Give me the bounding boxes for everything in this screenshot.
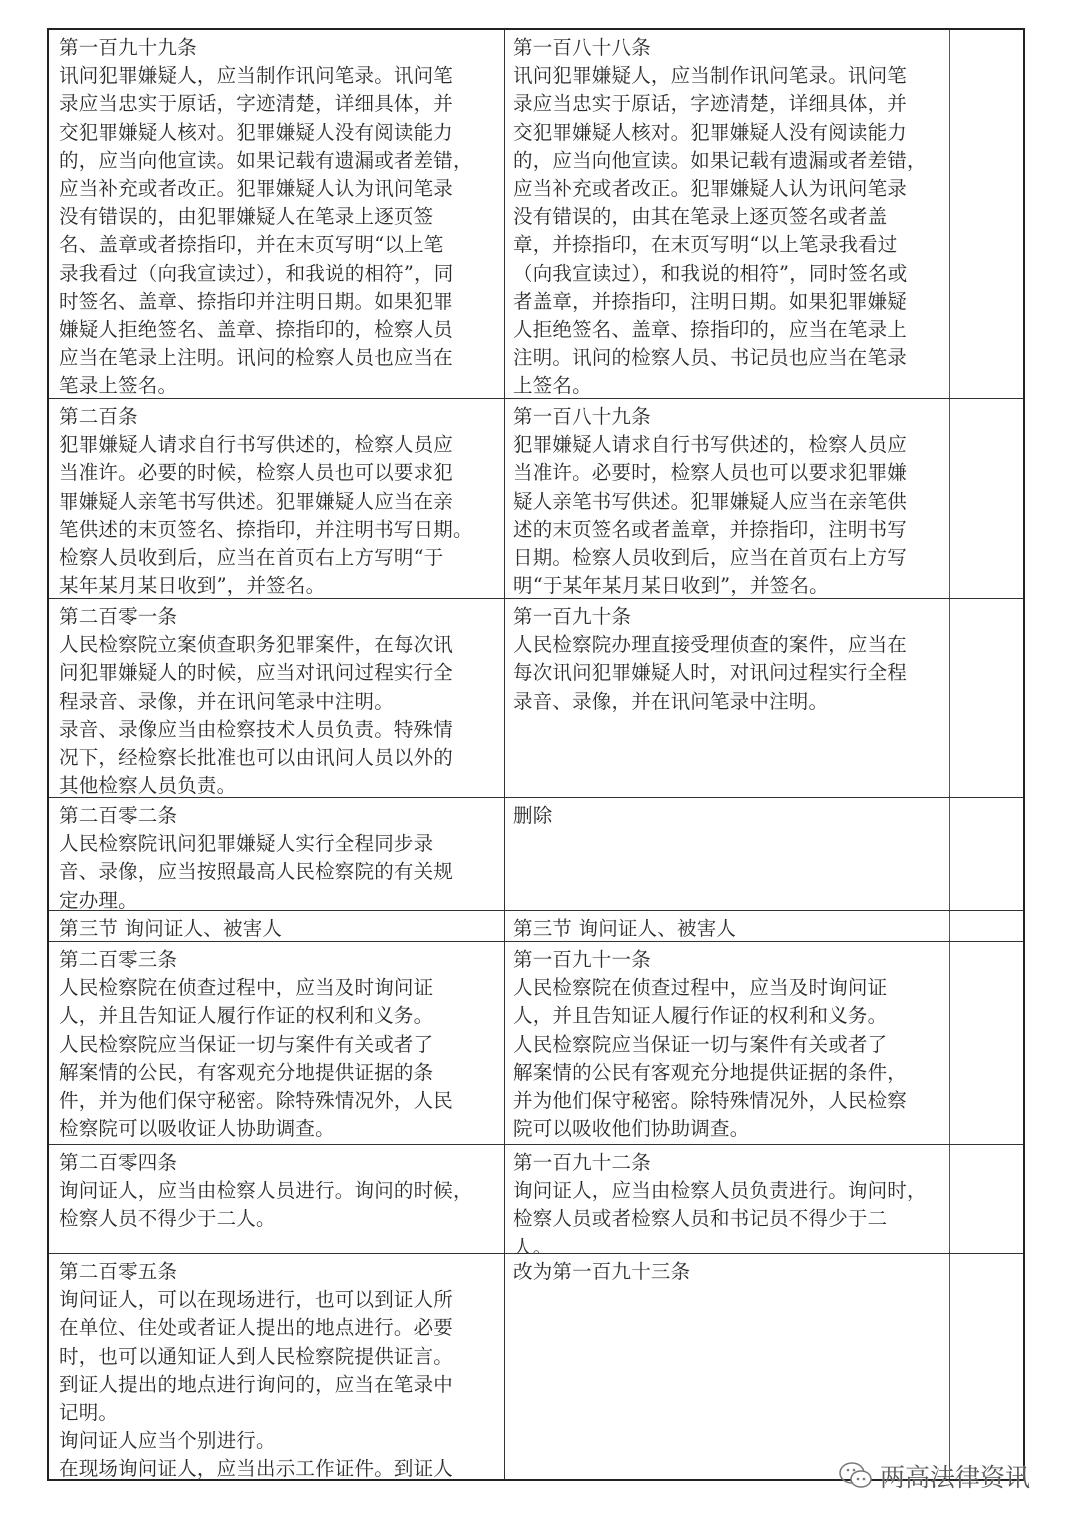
current-article-cell: 第二百零二条人民检察院讯问犯罪嫌疑人实行全程同步录音、录像，应当按照最高人民检察… bbox=[49, 798, 505, 910]
article-heading: 第一百九十二条 bbox=[513, 1149, 939, 1177]
article-text-line: 应当在笔录上注明。讯问的检察人员也应当在 bbox=[59, 344, 494, 372]
watermark-text: 两高法律资讯 bbox=[880, 1458, 1030, 1494]
article-text-line: 询问证人，应当由检察人员负责进行。询问时， bbox=[513, 1177, 939, 1205]
article-text-line: 日期。检察人员收到后，应当在首页右上方写 bbox=[513, 544, 939, 572]
table-row: 第二百条犯罪嫌疑人请求自行书写供述的，检察人员应当准许。必要的时候，检察人员也可… bbox=[49, 398, 1023, 598]
current-article-cell: 第二百零一条人民检察院立案侦查职务犯罪案件，在每次讯问犯罪嫌疑人的时候，应当对讯… bbox=[49, 599, 505, 797]
article-text-line: （向我宣读过），和我说的相符”，同时签名或 bbox=[513, 260, 939, 288]
article-text-line: 人民检察院在侦查过程中，应当及时询问证 bbox=[59, 974, 494, 1002]
article-text-line: 时签名、盖章、捺指印并注明日期。如果犯罪 bbox=[59, 288, 494, 316]
article-text-line: 录应当忠实于原话，字迹清楚，详细具体，并 bbox=[513, 90, 939, 118]
revised-article-cell: 第一百八十八条讯问犯罪嫌疑人，应当制作讯问笔录。讯问笔录应当忠实于原话，字迹清楚… bbox=[505, 30, 950, 398]
article-text-line: 当准许。必要的时候，检察人员也可以要求犯 bbox=[59, 459, 494, 487]
article-text-line: 犯罪嫌疑人请求自行书写供述的，检察人员应 bbox=[59, 431, 494, 459]
article-text-line: 录我看过（向我宣读过），和我说的相符”，同 bbox=[59, 260, 494, 288]
article-text-line: 况下，经检察长批准也可以由讯问人员以外的 bbox=[59, 744, 494, 772]
article-text-line: 没有错误的，由其在笔录上逐页签名或者盖 bbox=[513, 203, 939, 231]
table-row: 第二百零一条人民检察院立案侦查职务犯罪案件，在每次讯问犯罪嫌疑人的时候，应当对讯… bbox=[49, 598, 1023, 797]
article-text-line: 到证人提出的地点进行询问的，应当在笔录中 bbox=[59, 1371, 494, 1399]
article-text-line: 定办理。 bbox=[59, 887, 494, 910]
article-text-line: 人民检察院在侦查过程中，应当及时询问证 bbox=[513, 974, 939, 1002]
article-text-line: 记明。 bbox=[59, 1399, 494, 1427]
article-text-line: 的，应当向他宣读。如果记载有遗漏或者差错， bbox=[59, 147, 494, 175]
article-text-line: 明“于某年某月某日收到”，并签名。 bbox=[513, 572, 939, 598]
article-text-line: 章，并捺指印，在末页写明“以上笔录我看过 bbox=[513, 231, 939, 259]
revised-article-cell: 第一百九十条人民检察院办理直接受理侦查的案件，应当在每次讯问犯罪嫌疑人时，对讯问… bbox=[505, 599, 950, 797]
table-row: 第二百零四条询问证人，应当由检察人员进行。询问的时候，检察人员不得少于二人。第一… bbox=[49, 1144, 1023, 1253]
article-text-line: 录应当忠实于原话，字迹清楚，详细具体，并 bbox=[59, 90, 494, 118]
article-text-line: 解案情的公民，有客观充分地提供证据的条 bbox=[59, 1059, 494, 1087]
article-text-line: 解案情的公民有客观充分地提供证据的条件， bbox=[513, 1059, 939, 1087]
article-text-line: 在现场询问证人，应当出示工作证件。到证人 bbox=[59, 1455, 494, 1479]
article-text-line: 人民检察院应当保证一切与案件有关或者了 bbox=[513, 1031, 939, 1059]
article-text-line: 询问证人，可以在现场进行，也可以到证人所 bbox=[59, 1286, 494, 1314]
notes-cell bbox=[950, 911, 1023, 941]
article-text-line: 人民检察院立案侦查职务犯罪案件，在每次讯 bbox=[59, 631, 494, 659]
table-row: 第二百零二条人民检察院讯问犯罪嫌疑人实行全程同步录音、录像，应当按照最高人民检察… bbox=[49, 797, 1023, 910]
table-row: 第三节 询问证人、被害人第三节 询问证人、被害人 bbox=[49, 910, 1023, 941]
current-article-cell: 第二百零三条人民检察院在侦查过程中，应当及时询问证人，并且告知证人履行作证的权利… bbox=[49, 942, 505, 1144]
article-text-line: 名、盖章或者捺指印，并在末页写明“以上笔 bbox=[59, 231, 494, 259]
article-text-line: 录音、录像应当由检察技术人员负责。特殊情 bbox=[59, 716, 494, 744]
revised-article-cell: 第一百八十九条犯罪嫌疑人请求自行书写供述的，检察人员应当准许。必要时，检察人员也… bbox=[505, 399, 950, 598]
article-text-line: 交犯罪嫌疑人核对。犯罪嫌疑人没有阅读能力 bbox=[59, 119, 494, 147]
article-text-line: 应当补充或者改正。犯罪嫌疑人认为讯问笔录 bbox=[59, 175, 494, 203]
notes-cell bbox=[950, 399, 1023, 598]
article-text-line: 某年某月某日收到”，并签名。 bbox=[59, 572, 494, 598]
article-text-line: 音、录像，应当按照最高人民检察院的有关规 bbox=[59, 858, 494, 886]
notes-cell bbox=[950, 942, 1023, 1144]
current-article-cell: 第三节 询问证人、被害人 bbox=[49, 911, 505, 941]
wechat-icon bbox=[838, 1461, 874, 1491]
notes-cell bbox=[950, 1254, 1023, 1479]
article-text-line: 人。 bbox=[513, 1234, 939, 1253]
watermark: 两高法律资讯 bbox=[838, 1458, 1030, 1494]
article-text-line: 件，并为他们保守秘密。除特殊情况外，人民 bbox=[59, 1087, 494, 1115]
revised-article-cell: 第一百九十二条询问证人，应当由检察人员负责进行。询问时，检察人员或者检察人员和书… bbox=[505, 1145, 950, 1253]
current-article-cell: 第二百条犯罪嫌疑人请求自行书写供述的，检察人员应当准许。必要的时候，检察人员也可… bbox=[49, 399, 505, 598]
article-text-line: 注明。讯问的检察人员、书记员也应当在笔录 bbox=[513, 344, 939, 372]
article-text-line: 罪嫌疑人亲笔书写供述。犯罪嫌疑人应当在亲 bbox=[59, 488, 494, 516]
article-text-line: 时，也可以通知证人到人民检察院提供证言。 bbox=[59, 1343, 494, 1371]
article-text-line: 检察人员不得少于二人。 bbox=[59, 1205, 494, 1233]
article-text-line: 并为他们保守秘密。除特殊情况外，人民检察 bbox=[513, 1087, 939, 1115]
article-text-line: 问犯罪嫌疑人的时候，应当对讯问过程实行全 bbox=[59, 659, 494, 687]
article-heading: 第一百八十九条 bbox=[513, 403, 939, 431]
article-text-line: 应当补充或者改正。犯罪嫌疑人认为讯问笔录 bbox=[513, 175, 939, 203]
article-heading: 第二百零三条 bbox=[59, 946, 494, 974]
article-text-line: 的，应当向他宣读。如果记载有遗漏或者差错， bbox=[513, 147, 939, 175]
article-heading: 第二百零五条 bbox=[59, 1258, 494, 1286]
article-heading: 第二百零四条 bbox=[59, 1149, 494, 1177]
article-text-line: 其他检察人员负责。 bbox=[59, 772, 494, 797]
article-text-line: 询问证人，应当由检察人员进行。询问的时候， bbox=[59, 1177, 494, 1205]
article-text-line: 院可以吸收他们协助调查。 bbox=[513, 1115, 939, 1143]
article-text-line: 录音、录像，并在讯问笔录中注明。 bbox=[513, 688, 939, 716]
article-heading: 第二百条 bbox=[59, 403, 494, 431]
article-text-line: 上签名。 bbox=[513, 372, 939, 398]
table-row: 第二百零三条人民检察院在侦查过程中，应当及时询问证人，并且告知证人履行作证的权利… bbox=[49, 941, 1023, 1144]
article-heading: 删除 bbox=[513, 802, 939, 830]
article-text-line: 人民检察院讯问犯罪嫌疑人实行全程同步录 bbox=[59, 830, 494, 858]
table-row: 第一百九十九条讯问犯罪嫌疑人，应当制作讯问笔录。讯问笔录应当忠实于原话，字迹清楚… bbox=[49, 30, 1023, 398]
article-text-line: 人，并且告知证人履行作证的权利和义务。 bbox=[513, 1002, 939, 1030]
table-row: 第二百零五条询问证人，可以在现场进行，也可以到证人所在单位、住处或者证人提出的地… bbox=[49, 1253, 1023, 1479]
article-text-line: 笔录上签名。 bbox=[59, 372, 494, 398]
article-text-line: 者盖章，并捺指印，注明日期。如果犯罪嫌疑 bbox=[513, 288, 939, 316]
article-text-line: 疑人亲笔书写供述。犯罪嫌疑人应当在亲笔供 bbox=[513, 488, 939, 516]
article-heading: 改为第一百九十三条 bbox=[513, 1258, 939, 1286]
article-text-line: 讯问犯罪嫌疑人，应当制作讯问笔录。讯问笔 bbox=[59, 62, 494, 90]
current-article-cell: 第一百九十九条讯问犯罪嫌疑人，应当制作讯问笔录。讯问笔录应当忠实于原话，字迹清楚… bbox=[49, 30, 505, 398]
notes-cell bbox=[950, 30, 1023, 398]
article-text-line: 每次讯问犯罪嫌疑人时，对讯问过程实行全程 bbox=[513, 659, 939, 687]
notes-cell bbox=[950, 798, 1023, 910]
article-heading: 第三节 询问证人、被害人 bbox=[513, 915, 939, 941]
article-text-line: 人，并且告知证人履行作证的权利和义务。 bbox=[59, 1002, 494, 1030]
article-text-line: 询问证人应当个别进行。 bbox=[59, 1427, 494, 1455]
article-text-line: 没有错误的，由犯罪嫌疑人在笔录上逐页签 bbox=[59, 203, 494, 231]
notes-cell bbox=[950, 1145, 1023, 1253]
comparison-table: 第一百九十九条讯问犯罪嫌疑人，应当制作讯问笔录。讯问笔录应当忠实于原话，字迹清楚… bbox=[47, 28, 1025, 1481]
article-text-line: 犯罪嫌疑人请求自行书写供述的，检察人员应 bbox=[513, 431, 939, 459]
current-article-cell: 第二百零四条询问证人，应当由检察人员进行。询问的时候，检察人员不得少于二人。 bbox=[49, 1145, 505, 1253]
article-text-line: 人民检察院应当保证一切与案件有关或者了 bbox=[59, 1031, 494, 1059]
revised-article-cell: 改为第一百九十三条 bbox=[505, 1254, 950, 1479]
article-text-line: 讯问犯罪嫌疑人，应当制作讯问笔录。讯问笔 bbox=[513, 62, 939, 90]
article-text-line: 人拒绝签名、盖章、捺指印的，应当在笔录上 bbox=[513, 316, 939, 344]
article-heading: 第一百九十一条 bbox=[513, 946, 939, 974]
article-text-line: 当准许。必要时，检察人员也可以要求犯罪嫌 bbox=[513, 459, 939, 487]
article-text-line: 笔供述的末页签名、捺指印，并注明书写日期。 bbox=[59, 516, 494, 544]
revised-article-cell: 第一百九十一条人民检察院在侦查过程中，应当及时询问证人，并且告知证人履行作证的权… bbox=[505, 942, 950, 1144]
article-text-line: 嫌疑人拒绝签名、盖章、捺指印的，检察人员 bbox=[59, 316, 494, 344]
article-text-line: 检察人员或者检察人员和书记员不得少于二 bbox=[513, 1205, 939, 1233]
article-text-line: 交犯罪嫌疑人核对。犯罪嫌疑人没有阅读能力 bbox=[513, 119, 939, 147]
article-text-line: 检察人员收到后，应当在首页右上方写明“于 bbox=[59, 544, 494, 572]
article-heading: 第一百八十八条 bbox=[513, 34, 939, 62]
article-text-line: 述的末页签名或者盖章，并捺指印，注明书写 bbox=[513, 516, 939, 544]
article-text-line: 在单位、住处或者证人提出的地点进行。必要 bbox=[59, 1314, 494, 1342]
notes-cell bbox=[950, 599, 1023, 797]
article-text-line: 检察院可以吸收证人协助调查。 bbox=[59, 1115, 494, 1143]
article-heading: 第一百九十条 bbox=[513, 603, 939, 631]
article-text-line: 程录音、录像，并在讯问笔录中注明。 bbox=[59, 688, 494, 716]
article-text-line: 人民检察院办理直接受理侦查的案件，应当在 bbox=[513, 631, 939, 659]
article-heading: 第三节 询问证人、被害人 bbox=[59, 915, 494, 941]
article-heading: 第二百零一条 bbox=[59, 603, 494, 631]
revised-article-cell: 第三节 询问证人、被害人 bbox=[505, 911, 950, 941]
article-heading: 第一百九十九条 bbox=[59, 34, 494, 62]
revised-article-cell: 删除 bbox=[505, 798, 950, 910]
current-article-cell: 第二百零五条询问证人，可以在现场进行，也可以到证人所在单位、住处或者证人提出的地… bbox=[49, 1254, 505, 1479]
article-heading: 第二百零二条 bbox=[59, 802, 494, 830]
